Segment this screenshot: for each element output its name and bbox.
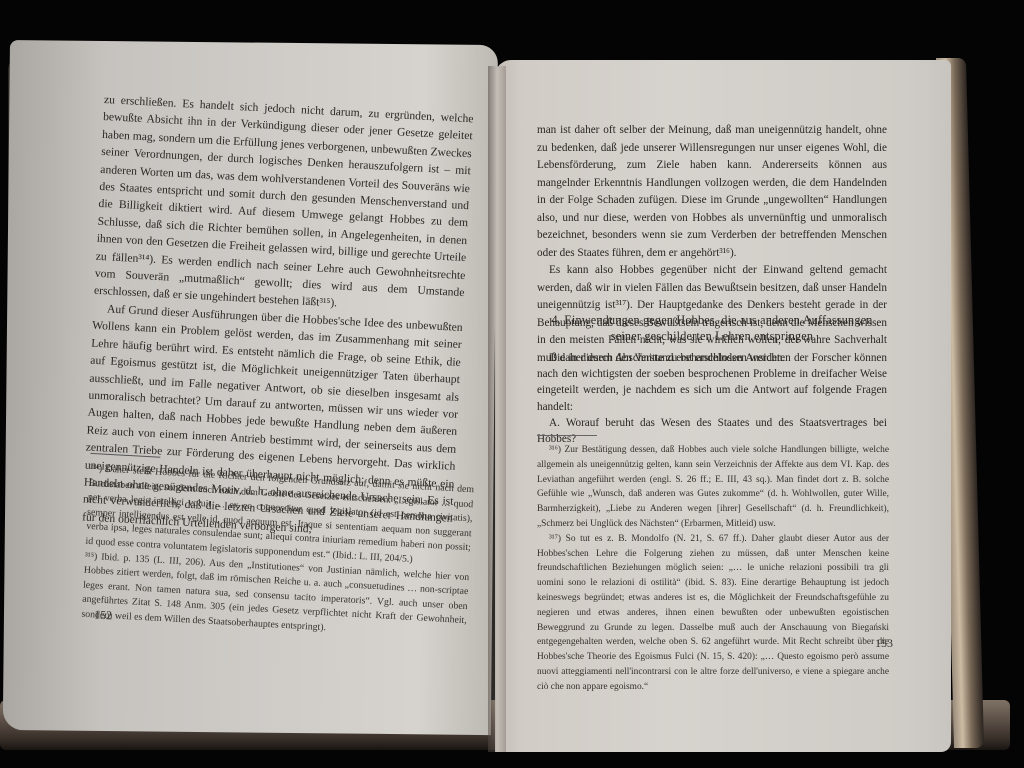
- left-footnotes: ³¹⁴) Daher stellt Hobbes für die Richter…: [81, 449, 475, 644]
- open-book-photo: zu erschließen. Es handelt sich jedoch n…: [0, 0, 1024, 768]
- right-paragraph: man ist daher oft selber der Meinung, da…: [537, 122, 887, 262]
- page-number-left: 152: [94, 608, 113, 624]
- page-number-right: 153: [875, 636, 893, 651]
- right-page: man ist daher oft selber der Meinung, da…: [495, 60, 951, 752]
- section-heading-line: seiner geschilderten Lehren entspringen: [537, 328, 887, 344]
- right-footnotes: ³¹⁶) Zur Bestätigung dessen, daß Hobbes …: [537, 435, 889, 695]
- section-heading: 4. Einwendungen gegen Hobbes, die aus an…: [537, 312, 887, 344]
- left-paragraph: zu erschließen. Es handelt sich jedoch n…: [94, 91, 474, 319]
- section-heading-line: 4. Einwendungen gegen Hobbes, die aus an…: [537, 312, 887, 328]
- left-page: zu erschließen. Es handelt sich jedoch n…: [3, 40, 498, 735]
- footnote-divider: [90, 453, 160, 458]
- book-gutter: [488, 66, 506, 752]
- footnote-316: ³¹⁶) Zur Bestätigung dessen, daß Hobbes …: [537, 443, 889, 532]
- footnote-317: ³¹⁷) So tut es z. B. Mondolfo (N. 21, S.…: [537, 532, 889, 695]
- section-paragraph: Die in diesem Abschnitte zu behandelnden…: [537, 350, 887, 415]
- footnote-divider: [537, 435, 597, 436]
- section-body: Die in diesem Abschnitte zu behandelnden…: [537, 350, 887, 447]
